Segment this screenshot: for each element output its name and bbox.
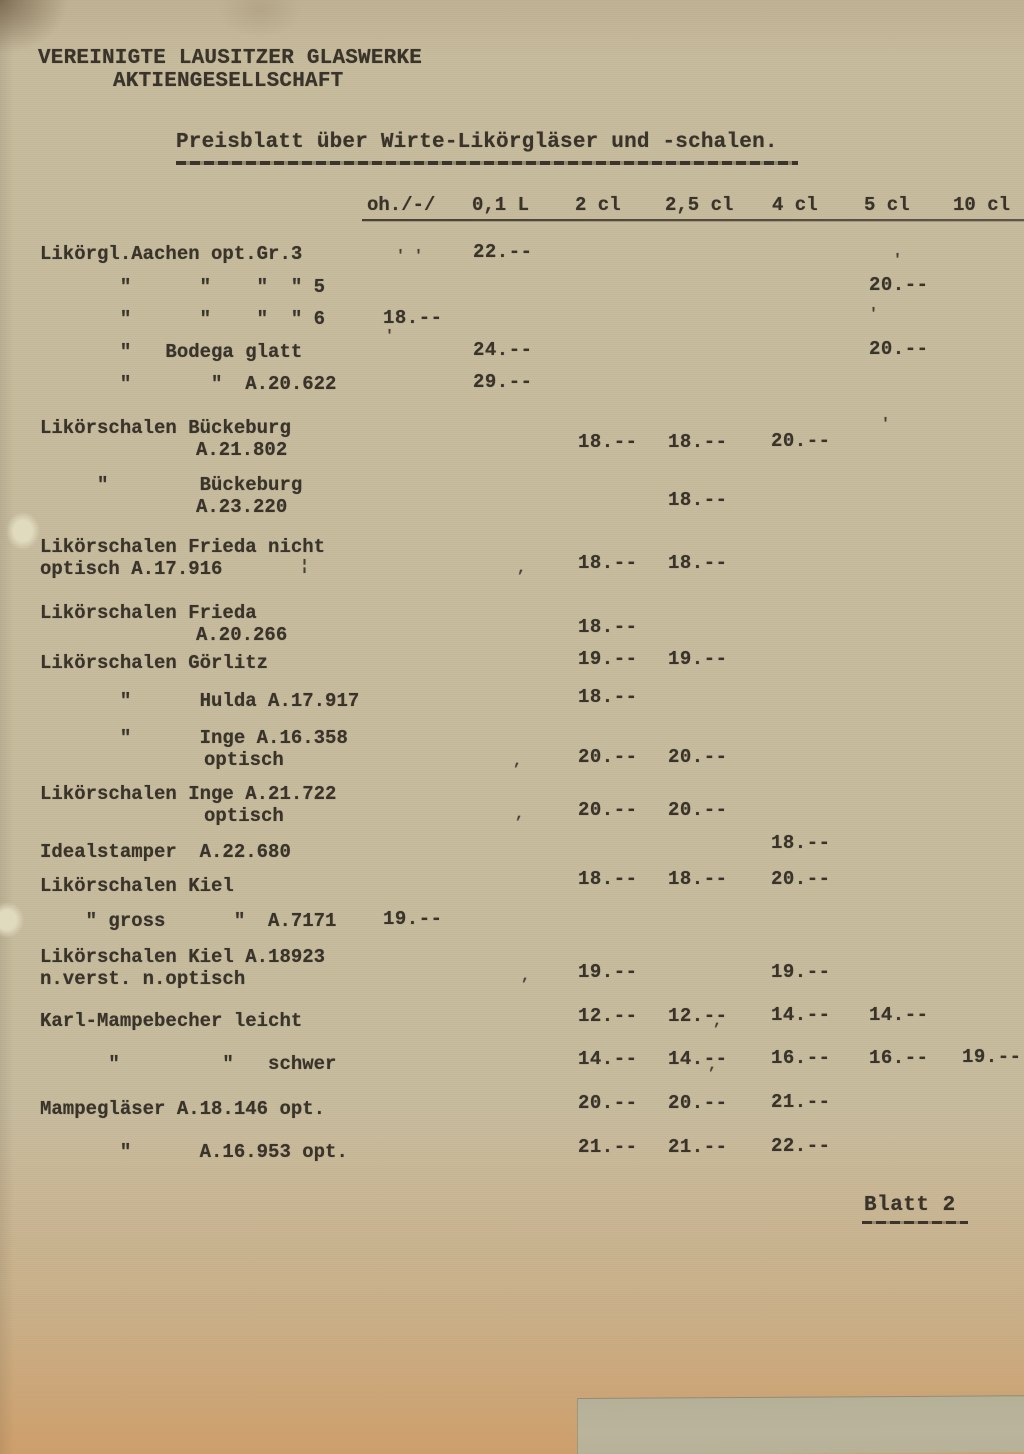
row-19-price-c10: 19.-- [962,1046,1022,1068]
row-6-price-c25: 18.-- [668,431,728,453]
row-8-price-c25: 18.-- [668,552,728,574]
row-10-price-c2: 19.-- [578,648,638,670]
row-2-price-c5: 20.-- [869,274,929,296]
row-6-price-c2: 18.-- [578,431,638,453]
row-7-label: A.23.220 [196,496,287,518]
row-4-price-c5: 20.-- [869,338,929,360]
column-header-c2: 2 cl [575,194,621,216]
row-13-label: Likörschalen Inge A.21.722 [40,783,336,805]
row-18-price-c2: 12.-- [578,1005,638,1027]
row-6-label: A.21.802 [196,439,287,461]
column-header-c4: 4 cl [772,194,818,216]
row-21-price-c2: 21.-- [578,1136,638,1158]
column-header-l01: 0,1 L [472,194,529,216]
row-15-price-c4: 20.-- [771,868,831,890]
table-header-underline [362,219,1024,221]
column-header-oh: oh./-/ [367,194,435,216]
ink-speck: , [517,560,526,577]
row-19-price-c5: 16.-- [869,1047,929,1069]
row-4-price-l01: 24.-- [473,339,533,361]
row-18-label: Karl-Mampebecher leicht [40,1010,302,1032]
row-21-price-c25: 21.-- [668,1136,728,1158]
row-18-price-c5: 14.-- [869,1004,929,1026]
row-10-label: Likörschalen Görlitz [40,652,268,674]
title-underline [176,161,798,165]
row-15-price-c25: 18.-- [668,868,728,890]
row-7-label: " Bückeburg [40,474,302,496]
ink-speck: , [521,968,530,985]
row-13-label: optisch [204,805,284,827]
row-20-label: Mampegläser A.18.146 opt. [40,1098,325,1120]
row-19-price-c4: 16.-- [771,1047,831,1069]
ink-speck: ¦ [300,558,309,575]
row-19-label: " " schwer [40,1053,336,1075]
ink-speck: ' [385,328,394,345]
row-9-label: Likörschalen Frieda [40,602,257,624]
row-6-price-c4: 20.-- [771,430,831,452]
row-8-price-c2: 18.-- [578,552,638,574]
row-19-price-c2: 14.-- [578,1048,638,1070]
row-11-price-c2: 18.-- [578,686,638,708]
row-17-price-c2: 19.-- [578,961,638,983]
row-14-price-c4: 18.-- [771,832,831,854]
row-17-price-c4: 19.-- [771,961,831,983]
row-6-label: Likörschalen Bückeburg [40,417,291,439]
row-10-price-c25: 19.-- [668,648,728,670]
row-17-label: n.verst. n.optisch [40,968,245,990]
document-title: Preisblatt über Wirte-Likörgläser und -s… [176,131,778,154]
row-18-price-c4: 14.-- [771,1004,831,1026]
row-3-label: " " " " 6 [40,308,325,330]
row-1-label: Likörgl.Aachen opt.Gr.3 [40,243,302,265]
row-13-price-c25: 20.-- [668,799,728,821]
row-14-label: Idealstamper A.22.680 [40,841,291,863]
scanned-price-list-page: VEREINIGTE LAUSITZER GLASWERKE AKTIENGES… [0,0,1024,1454]
ink-speck: , [708,1057,717,1074]
row-13-price-c2: 20.-- [578,799,638,821]
company-name-line1: VEREINIGTE LAUSITZER GLASWERKE [38,47,422,70]
row-21-price-c4: 22.-- [771,1135,831,1157]
row-9-label: A.20.266 [196,624,287,646]
sheet-number-underline [862,1221,968,1224]
column-header-c10: 10 cl [953,194,1010,216]
row-16-label: " gross " A.7171 [40,910,336,932]
row-19-price-c25: 14.-- [668,1048,728,1070]
paper-stain [0,902,24,938]
ink-speck: ' ' [396,248,423,265]
ink-speck: , [713,1013,722,1030]
row-12-label: " Inge A.16.358 [40,727,348,749]
row-3-price-oh: 18.-- [383,307,443,329]
underlying-second-sheet [577,1395,1024,1454]
row-20-price-c25: 20.-- [668,1092,728,1114]
row-12-label: optisch [204,749,284,771]
row-12-price-c2: 20.-- [578,746,638,768]
row-2-label: " " " " 5 [40,276,325,298]
row-12-price-c25: 20.-- [668,746,728,768]
row-9-price-c2: 18.-- [578,616,638,638]
ink-speck: ' [893,252,902,269]
column-header-c25: 2,5 cl [665,194,733,216]
row-11-label: " Hulda A.17.917 [40,690,359,712]
ink-speck: ' [869,306,878,323]
row-8-label: optisch A.17.916 [40,558,222,580]
row-16-price-oh: 19.-- [383,908,443,930]
row-20-price-c4: 21.-- [771,1091,831,1113]
row-15-price-c2: 18.-- [578,868,638,890]
row-5-label: " " A.20.622 [40,373,336,395]
row-5-price-l01: 29.-- [473,371,533,393]
ink-speck: ' [881,416,890,433]
row-21-label: " A.16.953 opt. [40,1141,348,1163]
paper-stain [6,512,40,550]
row-17-label: Likörschalen Kiel A.18923 [40,946,325,968]
company-name-line2: AKTIENGESELLSCHAFT [113,70,343,93]
sheet-number-label: Blatt 2 [864,1194,956,1217]
ink-speck: , [515,806,524,823]
column-header-c5: 5 cl [864,194,910,216]
ink-speck: , [513,753,522,770]
row-7-price-c25: 18.-- [668,489,728,511]
row-4-label: " Bodega glatt [40,341,302,363]
row-20-price-c2: 20.-- [578,1092,638,1114]
row-1-price-l01: 22.-- [473,241,533,263]
row-15-label: Likörschalen Kiel [40,875,234,897]
row-8-label: Likörschalen Frieda nicht [40,536,325,558]
